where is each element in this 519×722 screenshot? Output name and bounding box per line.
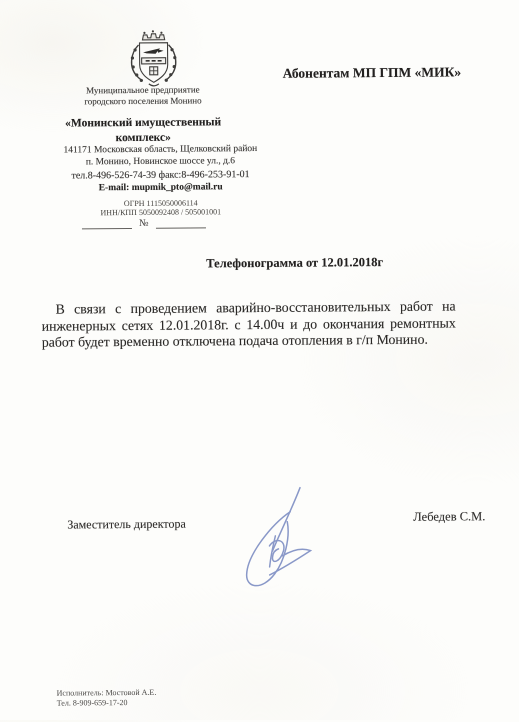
org-name-line1: «Монинский имущественный	[43, 115, 243, 132]
org-type-block: Муниципальное предприятие городского пос…	[43, 84, 243, 107]
handwritten-signature	[229, 484, 318, 599]
phone-fax-line: тел.8-496-526-74-39 факс:8-496-253-91-01	[51, 169, 271, 182]
footer-block: Исполнитель: Мостовой А.Е. Тел. 8-909-65…	[57, 688, 157, 709]
address-line1: 141171 Московская область, Щелковский ра…	[59, 144, 261, 157]
org-type-line2: городского поселения Монино	[43, 95, 243, 107]
address-line2: п. Монино, Новинское шоссе ул., д.6	[59, 155, 261, 168]
body-paragraph: В связи с проведением аварийно-восстанов…	[42, 298, 456, 351]
address-block: 141171 Московская область, Щелковский ра…	[59, 144, 261, 169]
document-sheet: Абонентам МП ГПМ «МИК» Муниципальное пре…	[0, 0, 519, 720]
org-name-block: «Монинский имущественный комплекс»	[43, 115, 243, 147]
number-blank-underline	[155, 216, 205, 228]
recipient-line: Абонентам МП ГПМ «МИК»	[283, 64, 462, 81]
number-sign: №	[139, 218, 149, 229]
signer-name: Лебедев С.М.	[413, 509, 485, 525]
reference-number-line: №	[82, 216, 206, 229]
signer-position: Заместитель директора	[67, 517, 186, 533]
document-title: Телефонограмма от 12.01.2018г	[71, 254, 518, 273]
email-line: E-mail: mupmik_pto@mail.ru	[51, 182, 271, 194]
executor-line: Исполнитель: Мостовой А.Е.	[57, 688, 157, 699]
executor-phone-line: Тел. 8-909-659-17-20	[57, 698, 157, 709]
date-blank-underline	[82, 217, 132, 229]
coat-of-arms-emblem	[121, 27, 185, 91]
